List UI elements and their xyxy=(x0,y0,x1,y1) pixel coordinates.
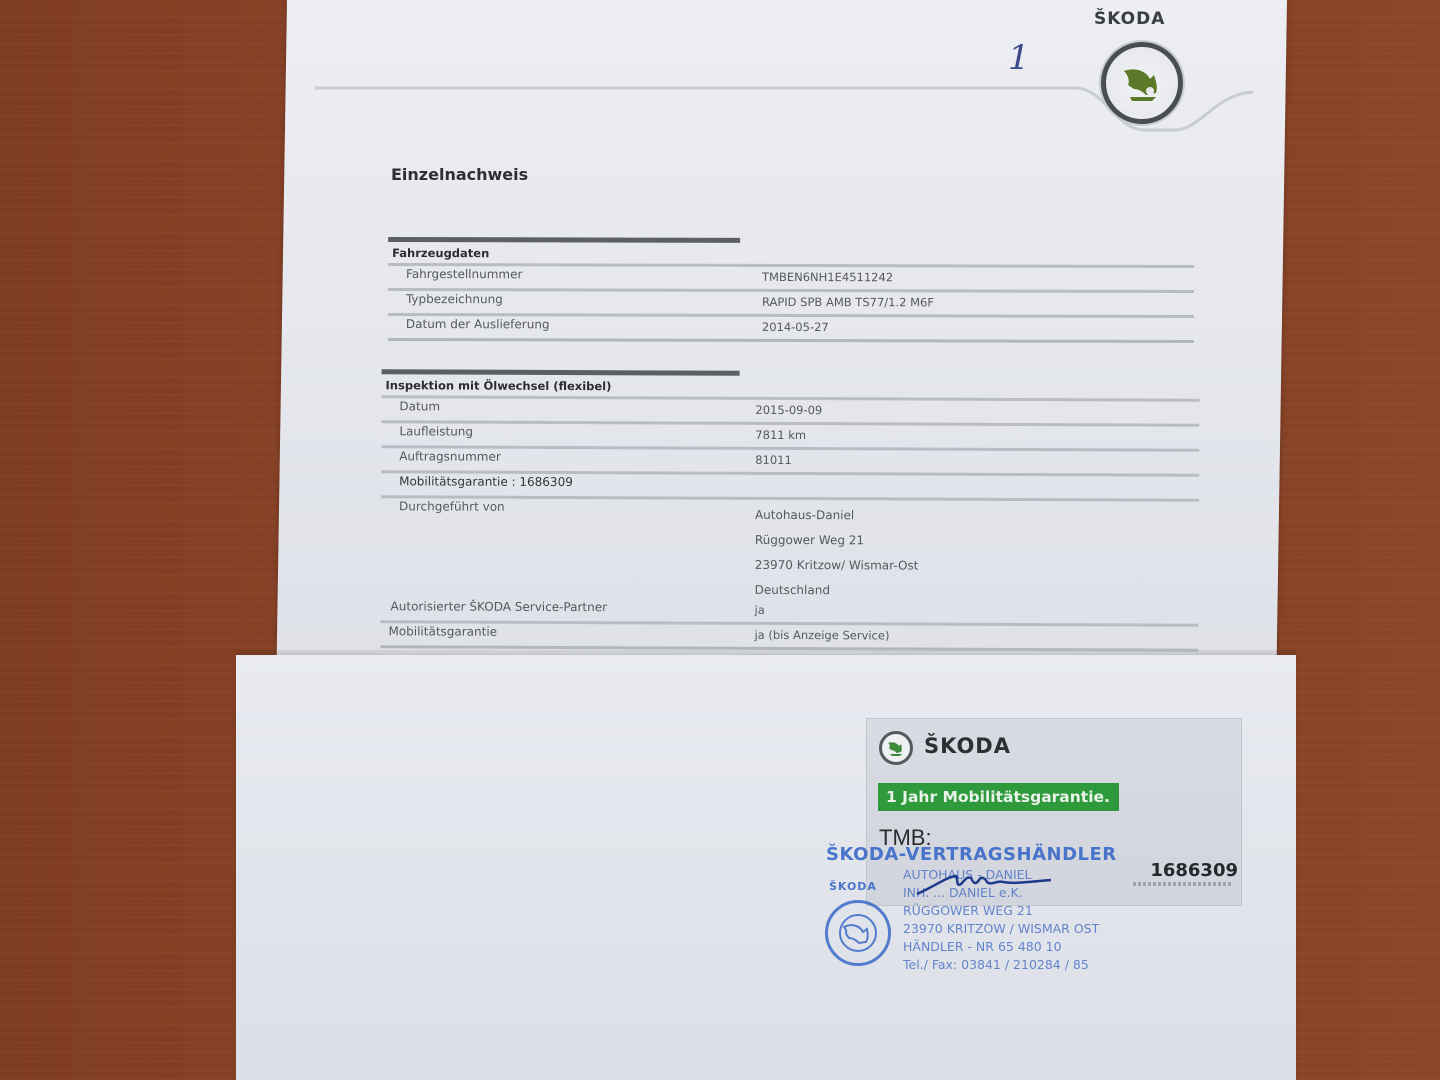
row-label: Typbezeichnung xyxy=(406,292,503,306)
signature xyxy=(915,868,1055,898)
row-label: Datum xyxy=(399,399,440,413)
document-title: Einzelnachweis xyxy=(391,165,528,184)
sticker-banner: 1 Jahr Mobilitätsgarantie. xyxy=(878,783,1119,811)
address-line: Rüggower Weg 21 xyxy=(755,528,919,554)
table-row: Auftragsnummer 81011 xyxy=(381,445,1199,474)
address-line: Autohaus-Daniel xyxy=(755,503,919,529)
row-label: Durchgeführt von xyxy=(399,499,505,513)
table-row: Fahrgestellnummer TMBEN6NH1E4511242 xyxy=(388,263,1194,290)
row-value: 2015-09-09 xyxy=(755,403,822,417)
section-fahrzeugdaten: Fahrzeugdaten Fahrgestellnummer TMBEN6NH… xyxy=(388,237,1194,343)
stamp-line: Tel./ Fax: 03841 / 210284 / 85 xyxy=(903,956,1099,974)
stamp-brand: ŠKODA xyxy=(829,880,877,893)
table-row: Laufleistung 7811 km xyxy=(381,420,1199,449)
row-label: Mobilitätsgarantie xyxy=(388,624,497,638)
table-row: Mobilitätsgarantie ja (bis Anzeige Servi… xyxy=(380,620,1198,649)
sticker-guarantee-number: 1686309 xyxy=(1150,860,1238,881)
row-value: RAPID SPB AMB TS77/1.2 M6F xyxy=(762,295,934,309)
table-row: Mobilitätsgarantie : 1686309 xyxy=(381,470,1199,499)
stamp-line: HÄNDLER - NR 65 480 10 xyxy=(903,938,1099,956)
row-value: 2014-05-27 xyxy=(762,320,829,334)
skoda-logo-icon xyxy=(1101,42,1183,124)
table-row: Datum der Auslieferung 2014-05-27 xyxy=(388,313,1194,340)
table-row: Datum 2015-09-09 xyxy=(381,395,1199,424)
stamp-seal-icon xyxy=(825,900,891,966)
stamp-line: RÜGGOWER WEG 21 xyxy=(903,902,1099,920)
row-label: Fahrgestellnummer xyxy=(406,267,522,281)
handwritten-page-number: 1 xyxy=(1008,38,1030,78)
stamp-title: ŠKODA-VERTRAGSHÄNDLER xyxy=(826,844,1117,865)
row-label: Mobilitätsgarantie : 1686309 xyxy=(399,474,573,489)
row-value-address: Autohaus-Daniel Rüggower Weg 21 23970 Kr… xyxy=(755,503,919,604)
row-value: 7811 km xyxy=(755,428,806,442)
brand-wordmark: ŠKODA xyxy=(1094,9,1165,29)
row-label: Laufleistung xyxy=(399,424,473,438)
row-value: ja xyxy=(755,603,765,617)
row-value: TMBEN6NH1E4511242 xyxy=(762,270,893,284)
table-row: Autorisierter ŠKODA Service-Partner ja xyxy=(381,595,1199,624)
row-label: Datum der Auslieferung xyxy=(406,317,550,331)
skoda-logo-icon xyxy=(879,731,913,765)
row-value: ja (bis Anzeige Service) xyxy=(754,628,889,643)
row-label: Auftragsnummer xyxy=(399,449,501,463)
row-value: 81011 xyxy=(755,453,792,467)
row-label: Autorisierter ŠKODA Service-Partner xyxy=(391,599,608,614)
dealer-stamp: ŠKODA-VERTRAGSHÄNDLER ŠKODA AUTOHAUS - D… xyxy=(823,842,1123,977)
table-row: Durchgeführt von Autohaus-Daniel Rüggowe… xyxy=(381,495,1199,599)
section-inspektion: Inspektion mit Ölwechsel (flexibel) Datu… xyxy=(380,369,1199,652)
address-line: 23970 Kritzow/ Wismar-Ost xyxy=(755,553,919,579)
section-heading: Fahrzeugdaten xyxy=(388,242,1194,265)
stamp-line: 23970 KRITZOW / WISMAR OST xyxy=(903,920,1099,938)
table-row: Typbezeichnung RAPID SPB AMB TS77/1.2 M6… xyxy=(388,288,1194,315)
sticker-fine-print xyxy=(1133,882,1233,886)
sticker-brand: ŠKODA xyxy=(924,734,1011,758)
